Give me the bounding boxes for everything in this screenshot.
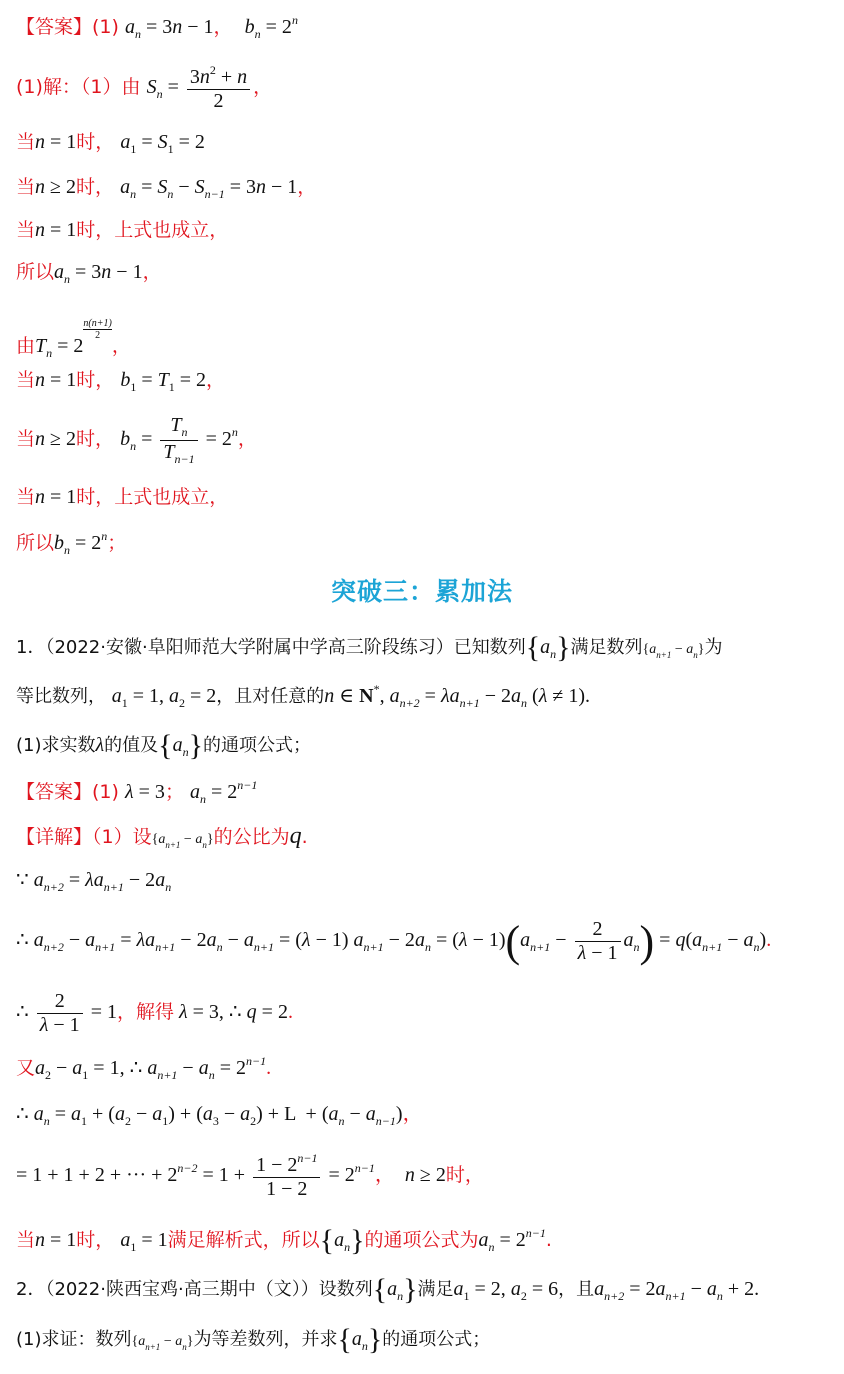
solution-line-8: 当n = 1时，上式也成立，	[16, 487, 228, 507]
step-2: ∴ an+2 − an+1 = λan+1 − 2an − an+1 = (λ …	[16, 918, 771, 965]
solution-line-4: 所以an = 3n − 1，	[16, 262, 162, 285]
problem-2-question: (1)求证：数列{an+1 − an}为等差数列，并求{an}的通项公式；	[16, 1325, 490, 1355]
formula-bn: bn = 2n	[245, 16, 298, 38]
problem-1-question: (1)求实数λ的值及{an}的通项公式；	[16, 731, 311, 761]
step-7: 当n = 1时， a1 = 1满足解析式，所以{an}的通项公式为an = 2n…	[16, 1226, 552, 1256]
problem-2-statement: 2．（2022·陕西宝鸡·高三期中（文））设数列{an}满足a1 = 2, a2…	[16, 1275, 759, 1305]
problem-1-detail: 【详解】（1）设{an+1 − an}的公比为q.	[16, 824, 308, 850]
solution-line-9: 所以bn = 2n；	[16, 530, 126, 556]
answer-line-1: 【答案】(1) an = 3n − 1， bn = 2n	[16, 14, 298, 40]
problem-1-statement-2: 等比数列， a1 = 1, a2 = 2，且对任意的n ∈ N*, an+2 =…	[16, 683, 590, 709]
step-3: ∴ 2λ − 1 = 1，解得 λ = 3, ∴ q = 2.	[16, 990, 293, 1037]
solution-line-3: 当n = 1时，上式也成立，	[16, 220, 228, 240]
step-1: ∵ an+2 = λan+1 − 2an	[16, 870, 171, 893]
problem-1-answer: 【答案】(1) λ = 3； an = 2n−1	[16, 779, 257, 805]
solution-line-5: 由Tn = 2n(n+1)2，	[16, 318, 131, 359]
section-heading: 突破三：累加法	[0, 572, 844, 608]
answer-label: 【答案】	[16, 16, 92, 38]
solution-line-2: 当n ≥ 2时， an = Sn − Sn−1 = 3n − 1，	[16, 177, 316, 200]
step-5: ∴ an = a1 + (a2 − a1) + (a3 − a2) + L + …	[16, 1104, 423, 1127]
formula-sn: Sn = 3n2 + n2	[147, 76, 254, 98]
solution-line-1: 当n = 1时， a1 = S1 = 2	[16, 132, 205, 155]
formula-an: an = 3n − 1	[125, 16, 214, 38]
solution-intro: (1)解：（1）由 Sn = 3n2 + n2，	[16, 64, 272, 113]
problem-1-statement: 1．（2022·安徽·阜阳师范大学附属中学高三阶段练习）已知数列{an}满足数列…	[16, 633, 722, 663]
solution-line-6: 当n = 1时， b1 = T1 = 2，	[16, 370, 225, 393]
answer-part: (1)	[92, 16, 119, 38]
step-4: 又a2 − a1 = 1, ∴ an+1 − an = 2n−1.	[16, 1055, 271, 1081]
step-6: = 1 + 1 + 2 + ··· + 2n−2 = 1 + 1 − 2n−11…	[16, 1152, 484, 1201]
solution-line-7: 当n ≥ 2时， bn = TnTn−1 = 2n，	[16, 414, 257, 467]
